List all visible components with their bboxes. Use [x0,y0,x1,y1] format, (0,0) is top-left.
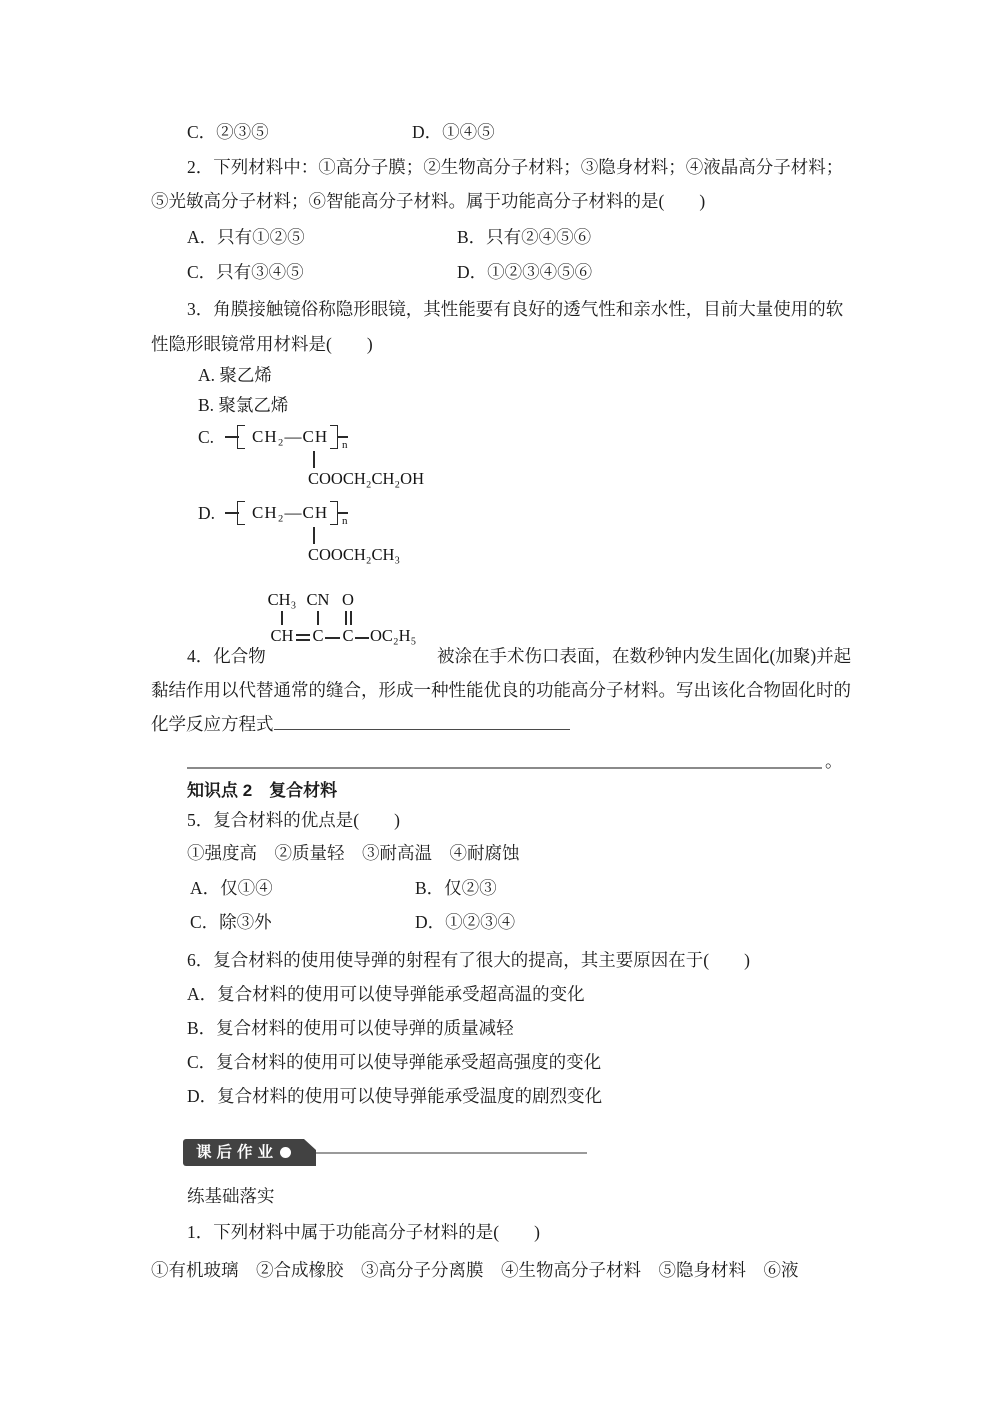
ch-group: CH [271,626,294,646]
q2-stem-line1: 2．下列材料中：①高分子膜；②生物高分子材料；③隐身材料；④液晶高分子材料； [187,156,843,178]
single-bond-line [281,611,283,625]
answer-blank-line [274,712,570,730]
q6-option-a: A．复合材料的使用可以使导弹能承受超高温的变化 [187,983,585,1005]
q6-stem: 6．复合材料的使用使导弹的射程有了很大的提高，其主要原因在于( ) [187,949,750,971]
methyl-group: CH₃ [268,590,297,610]
ethoxy-group: OC₂H₅ [370,626,416,646]
q3-stem-line1: 3．角膜接触镜俗称隐形眼镜，其性能要有良好的透气性和亲水性，目前大量使用的软 [187,298,843,320]
q4-stem-line2: 黏结作用以代替通常的缝合，形成一种性能优良的功能高分子材料。写出该化合物固化时的 [151,679,851,701]
single-bond-line [355,637,369,639]
q3-option-a: A. 聚乙烯 [198,364,272,386]
hw-q1-items: ①有机玻璃 ②合成橡胶 ③高分子分离膜 ④生物高分子材料 ⑤隐身材料 ⑥液 [151,1259,799,1281]
right-bracket [330,501,338,525]
homework-subtitle: 练基础落实 [187,1185,275,1207]
homework-section-banner: 课后作业 [183,1139,316,1166]
polymer-chain-formula: CH₂—CH [252,502,328,524]
double-bond-line [296,639,310,641]
q3-option-c-label: C. [198,426,214,448]
left-bracket [237,425,245,449]
answer-blank-line-2 [187,750,822,769]
oxygen-atom: O [342,590,354,610]
q2-option-a: A．只有①②⑤ [187,226,305,248]
knowledge-point-2-heading: 知识点 2 复合材料 [187,780,337,802]
left-bracket [237,501,245,525]
repeat-subscript-n: n [342,516,348,527]
branch-group-formula: COOCH₂CH₃ [308,545,400,565]
q4-stem-prefix: 4．化合物 [187,645,266,667]
homework-banner-label: 课后作业 [196,1139,278,1166]
bond-line [338,512,348,514]
q2-option-b: B．只有②④⑤⑥ [457,226,591,248]
double-bond-line [345,611,347,625]
repeat-subscript-n: n [342,440,348,451]
q5-items: ①强度高 ②质量轻 ③耐高温 ④耐腐蚀 [187,842,520,864]
double-bond-line [350,611,352,625]
bond-line [338,436,348,438]
bullet-circle-icon [280,1147,291,1158]
q6-option-c: C．复合材料的使用可以使导弹能承受超高强度的变化 [187,1051,601,1073]
q4-compound-structure: CH₃ CN O CH C C OC₂H₅ [268,590,443,650]
q3-option-c-structure: CH₂—CH n COOCH₂CH₂OH [225,426,395,492]
branch-group-formula: COOCH₂CH₂OH [308,469,424,489]
single-bond-line [325,637,340,639]
hw-q1-stem: 1．下列材料中属于功能高分子材料的是( ) [187,1221,540,1243]
q3-option-b: B. 聚氯乙烯 [198,394,288,416]
right-bracket [330,425,338,449]
branch-bond-line [313,451,315,468]
q5-option-a: A．仅①④ [190,877,273,899]
q5-stem: 5．复合材料的优点是( ) [187,809,400,831]
q6-option-b: B．复合材料的使用可以使导弹的质量减轻 [187,1017,514,1039]
q4-stem-line3-text: 化学反应方程式 [151,714,274,734]
q2-stem-line2: ⑤光敏高分子材料；⑥智能高分子材料。属于功能高分子材料的是( ) [151,190,705,212]
q1-option-c: C．②③⑤ [187,121,269,143]
q5-option-b: B．仅②③ [415,877,497,899]
polymer-chain-formula: CH₂—CH [252,426,328,448]
q5-option-d: D．①②③④ [415,911,515,933]
single-bond-line [317,611,319,625]
q2-option-d: D．①②③④⑤⑥ [457,261,592,283]
q4-stem-suffix: 被涂在手术伤口表面，在数秒钟内发生固化(加聚)并起 [437,645,851,667]
q4-ending-period: 。 [825,750,843,772]
q3-stem-line2: 性隐形眼镜常用材料是( ) [151,333,373,355]
branch-bond-line [313,527,315,544]
q5-option-c: C．除③外 [190,911,272,933]
q4-stem-line3: 化学反应方程式 [151,712,570,735]
banner-rule-line [316,1152,587,1154]
carbon-atom: C [342,626,353,646]
q6-option-d: D．复合材料的使用可以使导弹能承受温度的剧烈变化 [187,1085,602,1107]
cyano-group: CN [307,590,330,610]
q2-option-c: C．只有③④⑤ [187,261,304,283]
q3-option-d-label: D. [198,502,215,524]
worksheet-page: C．②③⑤ D．①④⑤ 2．下列材料中：①高分子膜；②生物高分子材料；③隐身材料… [0,0,1000,1414]
q1-option-d: D．①④⑤ [412,121,495,143]
double-bond-line [296,634,310,636]
q3-option-d-structure: CH₂—CH n COOCH₂CH₃ [225,502,395,568]
carbon-atom: C [312,626,323,646]
